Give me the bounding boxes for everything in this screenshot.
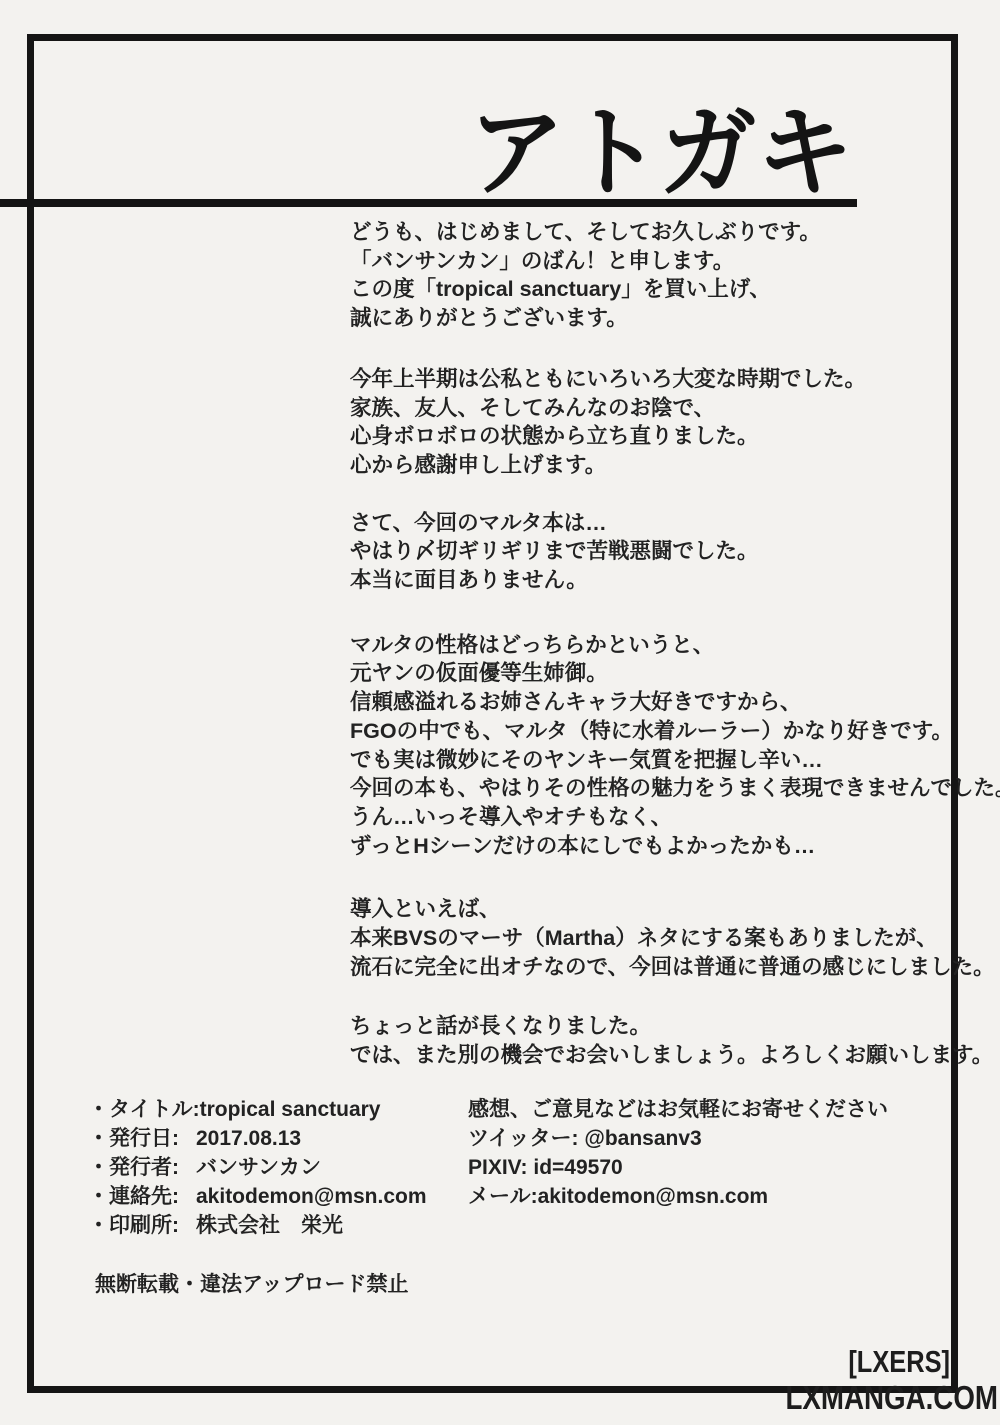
site-watermark: LXMANGA.COM: [785, 1379, 998, 1417]
text-line: マルタの性格はどっちらかというと、: [350, 631, 950, 660]
text-line: 元ヤンの仮面優等生姉御。: [350, 659, 950, 688]
afterword-body: どうも、はじめまして、そしてお久しぶりです。 「バンサンカン」のばん！と申します…: [350, 218, 950, 1070]
twitter-handle: ツイッター: @bansanv3: [468, 1124, 888, 1153]
text-line: やはり〆切ギリギリまで苦戦悪闘でした。: [350, 537, 950, 566]
text-line: 本当に面目ありません。: [350, 566, 950, 595]
scanlation-group-watermark: [LXERS]: [848, 1344, 950, 1380]
afterword-page: アトガキ どうも、はじめまして、そしてお久しぶりです。 「バンサンカン」のばん！…: [0, 0, 1000, 1425]
no-reupload-notice: 無断転載・違法アップロード禁止: [95, 1268, 409, 1298]
paragraph-closing: ちょっと話が長くなりました。 では、また別の機会でお会いしましょう。よろしくお願…: [350, 1012, 950, 1069]
paragraph-thanks: 今年上半期は公私ともにいろいろ大変な時期でした。 家族、友人、そしてみんなのお陰…: [350, 365, 950, 480]
page-title: アトガキ: [468, 103, 853, 202]
title-underline: [0, 199, 857, 207]
feedback-note: 感想、ご意見などはお気軽にお寄せください: [468, 1095, 888, 1124]
text-line: 信頼感溢れるお姉さんキャラ大好きですから、: [350, 688, 950, 717]
text-line: ちょっと話が長くなりました。: [350, 1012, 950, 1041]
text-line: この度「tropical sanctuary」を買い上げ、: [350, 275, 950, 304]
colophon-left-column: ・タイトル: tropical sanctuary ・発行日: 2017.08.…: [88, 1095, 427, 1240]
colophon-label: ・印刷所:: [88, 1211, 196, 1240]
colophon-value: akitodemon@msn.com: [196, 1182, 427, 1211]
colophon-row-date: ・発行日: 2017.08.13: [88, 1124, 427, 1153]
colophon-label: ・発行日:: [88, 1124, 196, 1153]
text-line: 家族、友人、そしてみんなのお陰で、: [350, 394, 950, 423]
colophon-label: ・発行者:: [88, 1153, 196, 1182]
colophon-value: バンサンカン: [196, 1153, 321, 1182]
text-line: 本来BVSのマーサ（Martha）ネタにする案もありましたが、: [350, 924, 950, 953]
text-line: どうも、はじめまして、そしてお久しぶりです。: [350, 218, 950, 247]
text-line: 今年上半期は公私ともにいろいろ大変な時期でした。: [350, 365, 950, 394]
paragraph-character: マルタの性格はどっちらかというと、 元ヤンの仮面優等生姉御。 信頼感溢れるお姉さ…: [350, 631, 950, 861]
colophon-value: 2017.08.13: [196, 1124, 301, 1153]
text-line: 心から感謝申し上げます。: [350, 451, 950, 480]
text-line: ずっとHシーンだけの本にしでもよかったかも…: [350, 832, 950, 861]
email-address: メール:akitodemon@msn.com: [468, 1182, 888, 1211]
colophon-label: ・タイトル:: [88, 1095, 200, 1124]
paragraph-greeting: どうも、はじめまして、そしてお久しぶりです。 「バンサンカン」のばん！と申します…: [350, 218, 950, 333]
colophon-row-printer: ・印刷所: 株式会社 栄光: [88, 1211, 427, 1240]
text-line: 心身ボロボロの状態から立ち直りました。: [350, 422, 950, 451]
text-line: でも実は微妙にそのヤンキー気質を把握し辛い…: [350, 746, 950, 775]
text-line: うん…いっそ導入やオチもなく、: [350, 803, 950, 832]
paragraph-deadline: さて、今回のマルタ本は… やはり〆切ギリギリまで苦戦悪闘でした。 本当に面目あり…: [350, 509, 950, 595]
colophon-label: ・連絡先:: [88, 1182, 196, 1211]
text-line: さて、今回のマルタ本は…: [350, 509, 950, 538]
text-line: 流石に完全に出オチなので、今回は普通に普通の感じにしました。: [350, 953, 950, 982]
text-line: 導入といえば、: [350, 895, 950, 924]
colophon-row-publisher: ・発行者: バンサンカン: [88, 1153, 427, 1182]
colophon-value: tropical sanctuary: [200, 1095, 381, 1124]
text-line: では、また別の機会でお会いしましょう。よろしくお願いします。: [350, 1041, 950, 1070]
colophon-value: 株式会社 栄光: [196, 1211, 343, 1240]
paragraph-intro-idea: 導入といえば、 本来BVSのマーサ（Martha）ネタにする案もありましたが、 …: [350, 895, 950, 981]
colophon-row-title: ・タイトル: tropical sanctuary: [88, 1095, 427, 1124]
pixiv-id: PIXIV: id=49570: [468, 1153, 888, 1182]
text-line: 「バンサンカン」のばん！と申します。: [350, 247, 950, 276]
text-line: FGOの中でも、マルタ（特に水着ルーラー）かなり好きです。: [350, 717, 950, 746]
text-line: 今回の本も、やはりその性格の魅力をうまく表現できませんでした。: [350, 774, 950, 803]
colophon-row-contact: ・連絡先: akitodemon@msn.com: [88, 1182, 427, 1211]
colophon-right-column: 感想、ご意見などはお気軽にお寄せください ツイッター: @bansanv3 PI…: [468, 1095, 888, 1211]
text-line: 誠にありがとうございます。: [350, 304, 950, 333]
